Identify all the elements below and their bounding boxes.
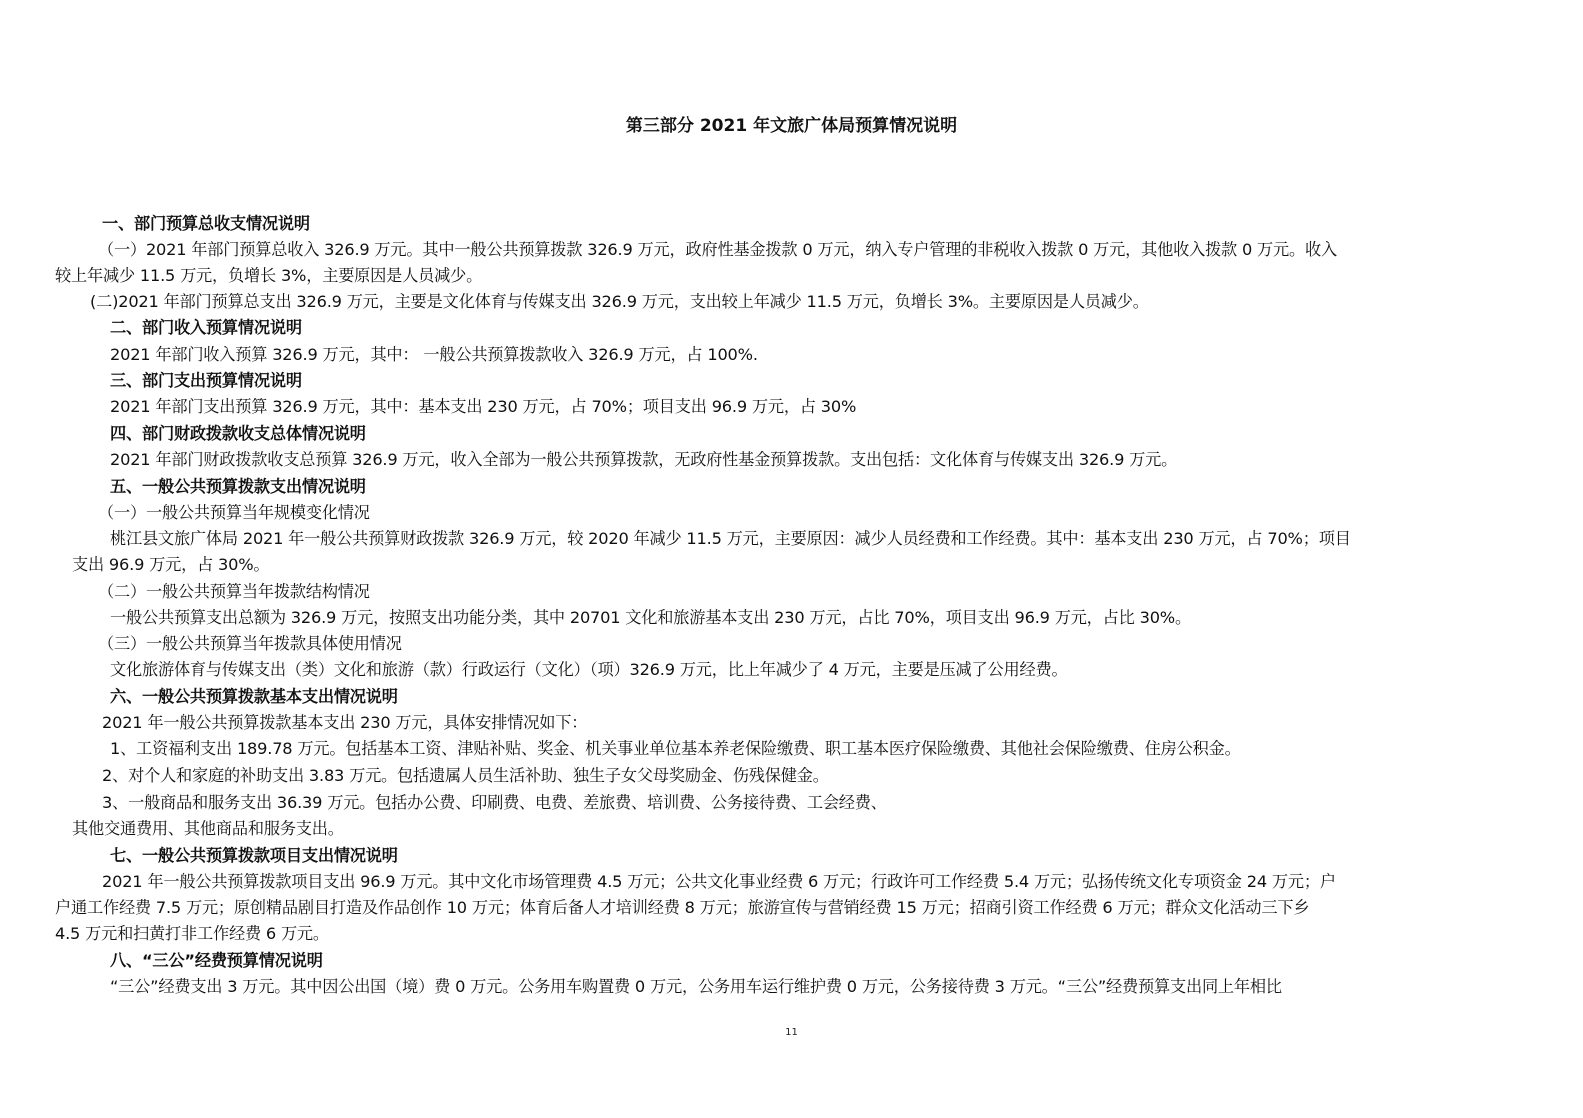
paragraph-line: 2021 年一般公共预算拨款项目支出 96.9 万元。其中文化市场管理费 4.5… [102,871,1336,893]
paragraph-line: 户通工作经费 7.5 万元；原创精品剧目打造及作品创作 10 万元；体育后备人才… [55,897,1309,919]
paragraph-line: (二)2021 年部门预算总支出 326.9 万元，主要是文化体育与传媒支出 3… [90,291,1149,313]
section-1-heading: 一、部门预算总收支情况说明 [102,213,310,235]
section-3-heading: 三、部门支出预算情况说明 [110,370,302,392]
paragraph-line: 2021 年一般公共预算拨款基本支出 230 万元，具体安排情况如下： [102,712,587,734]
document-title: 第三部分 2021 年文旅广体局预算情况说明 [0,115,1583,137]
paragraph-line: 支出 96.9 万元，占 30%。 [72,554,269,576]
list-item: 1、工资福利支出 189.78 万元。包括基本工资、津贴补贴、奖金、机关事业单位… [110,738,1241,760]
paragraph-line: 2021 年部门支出预算 326.9 万元，其中：基本支出 230 万元，占 7… [110,396,856,418]
paragraph-line: 桃江县文旅广体局 2021 年一般公共预算财政拨款 326.9 万元，较 202… [110,528,1351,550]
paragraph-line: 2021 年部门财政拨款收支总预算 326.9 万元，收入全部为一般公共预算拨款… [110,449,1177,471]
section-2-heading: 二、部门收入预算情况说明 [110,317,302,339]
paragraph-line: （一）2021 年部门预算总收入 326.9 万元。其中一般公共预算拨款 326… [98,239,1337,261]
paragraph-line: 较上年减少 11.5 万元，负增长 3%，主要原因是人员减少。 [55,265,482,287]
section-5-heading: 五、一般公共预算拨款支出情况说明 [110,476,366,498]
paragraph-line: 一般公共预算支出总额为 326.9 万元，按照支出功能分类，其中 20701 文… [110,607,1191,629]
subsection-heading: （一）一般公共预算当年规模变化情况 [98,502,370,524]
page-number: 11 [0,1026,1583,1040]
section-8-heading: 八、“三公”经费预算情况说明 [110,950,323,972]
subsection-heading: （二）一般公共预算当年拨款结构情况 [98,581,370,603]
subsection-heading: （三）一般公共预算当年拨款具体使用情况 [98,633,402,655]
section-6-heading: 六、一般公共预算拨款基本支出情况说明 [110,686,398,708]
document-page: 第三部分 2021 年文旅广体局预算情况说明 一、部门预算总收支情况说明 （一）… [0,0,1583,1118]
paragraph-line: 其他交通费用、其他商品和服务支出。 [72,818,344,840]
paragraph-line: 文化旅游体育与传媒支出（类）文化和旅游（款）行政运行（文化）（项）326.9 万… [110,659,1067,681]
list-item: 3、一般商品和服务支出 36.39 万元。包括办公费、印刷费、电费、差旅费、培训… [102,792,887,814]
section-7-heading: 七、一般公共预算拨款项目支出情况说明 [110,845,398,867]
paragraph-line: 4.5 万元和扫黄打非工作经费 6 万元。 [55,923,329,945]
list-item: 2、对个人和家庭的补助支出 3.83 万元。包括遗属人员生活补助、独生子女父母奖… [102,765,829,787]
paragraph-line: 2021 年部门收入预算 326.9 万元，其中： 一般公共预算拨款收入 326… [110,344,758,366]
paragraph-line: “三公”经费支出 3 万元。其中因公出国（境）费 0 万元。公务用车购置费 0 … [110,976,1282,998]
section-4-heading: 四、部门财政拨款收支总体情况说明 [110,423,366,445]
